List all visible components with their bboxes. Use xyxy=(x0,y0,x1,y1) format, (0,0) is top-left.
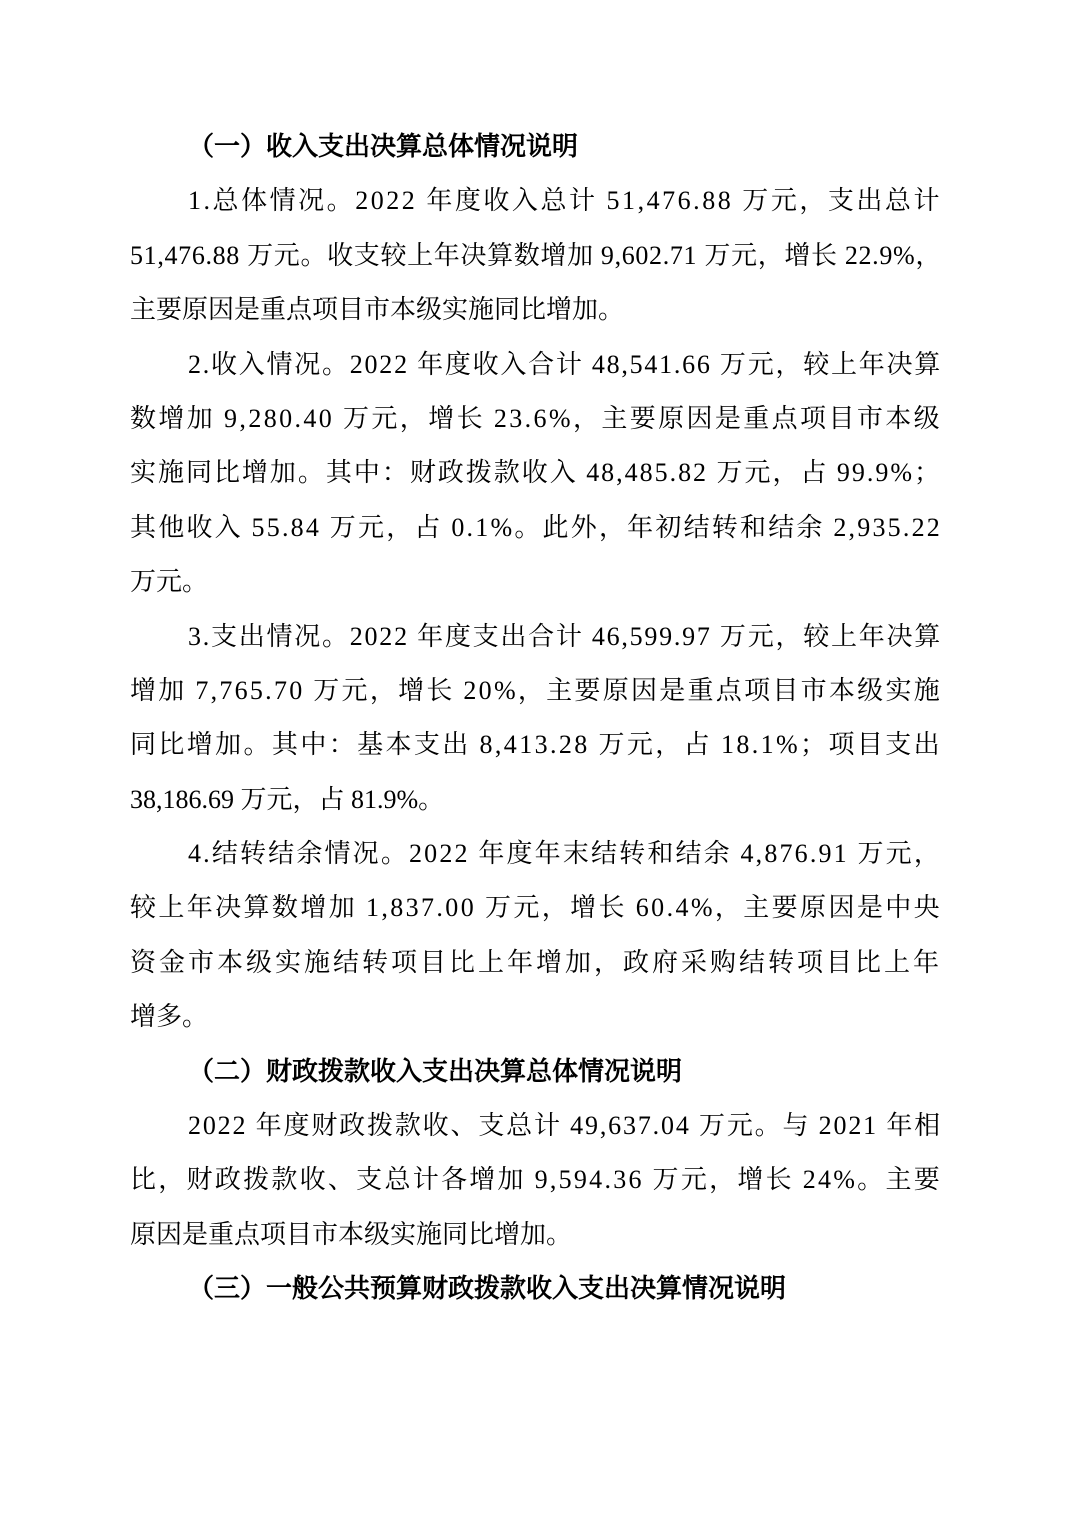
section-heading: （三）一般公共预算财政拨款收入支出决算情况说明 xyxy=(130,1262,942,1316)
text-run: （二）财政拨款收入支出决算总体情况说明 xyxy=(188,1057,682,1086)
paragraph-line: 2022 年度财政拨款收、支总计 49,637.04 万元。与 2021 年相 xyxy=(130,1099,942,1153)
paragraph-line: 数增加 9,280.40 万元，增长 23.6%，主要原因是重点项目市本级 xyxy=(130,392,942,446)
text-run: 增加 7,765.70 万元，增长 20%，主要原因是重点项目市本级实施 xyxy=(130,676,942,705)
paragraph-line: 实施同比增加。其中：财政拨款收入 48,485.82 万元，占 99.9%； xyxy=(130,446,942,500)
text-run: 51,476.88 万元。收支较上年决算数增加 9,602.71 万元，增长 2… xyxy=(130,241,942,270)
text-run: 38,186.69 万元，占 81.9%。 xyxy=(130,785,444,814)
text-run: 比，财政拨款收、支总计各增加 9,594.36 万元，增长 24%。主要 xyxy=(130,1165,942,1194)
text-run: 实施同比增加。其中：财政拨款收入 48,485.82 万元，占 99.9%； xyxy=(130,458,942,487)
text-run: （三）一般公共预算财政拨款收入支出决算情况说明 xyxy=(188,1274,786,1303)
document-page: （一）收入支出决算总体情况说明1.总体情况。2022 年度收入总计 51,476… xyxy=(130,120,942,1317)
text-run: 2.收入情况。2022 年度收入合计 48,541.66 万元，较上年决算 xyxy=(188,350,942,379)
text-run: 较上年决算数增加 1,837.00 万元，增长 60.4%，主要原因是中央 xyxy=(130,893,942,922)
paragraph-line: 增多。 xyxy=(130,990,942,1044)
text-run: 同比增加。其中：基本支出 8,413.28 万元，占 18.1%；项目支出 xyxy=(130,730,942,759)
paragraph-line: 原因是重点项目市本级实施同比增加。 xyxy=(130,1208,942,1262)
paragraph-line: 3.支出情况。2022 年度支出合计 46,599.97 万元，较上年决算 xyxy=(130,610,942,664)
paragraph-line: 38,186.69 万元，占 81.9%。 xyxy=(130,773,942,827)
text-run: 4.结转结余情况。2022 年度年末结转和结余 4,876.91 万元， xyxy=(188,839,942,868)
text-run: 其他收入 55.84 万元，占 0.1%。此外，年初结转和结余 2,935.22 xyxy=(130,513,942,542)
paragraph-line: 51,476.88 万元。收支较上年决算数增加 9,602.71 万元，增长 2… xyxy=(130,229,942,283)
section-heading: （二）财政拨款收入支出决算总体情况说明 xyxy=(130,1045,942,1099)
paragraph-line: 万元。 xyxy=(130,555,942,609)
text-run: 2022 年度财政拨款收、支总计 49,637.04 万元。与 2021 年相 xyxy=(188,1111,942,1140)
paragraph-line: 比，财政拨款收、支总计各增加 9,594.36 万元，增长 24%。主要 xyxy=(130,1153,942,1207)
text-run: 万元。 xyxy=(130,567,208,596)
paragraph-line: 1.总体情况。2022 年度收入总计 51,476.88 万元，支出总计 xyxy=(130,174,942,228)
paragraph-line: 增加 7,765.70 万元，增长 20%，主要原因是重点项目市本级实施 xyxy=(130,664,942,718)
text-run: 数增加 9,280.40 万元，增长 23.6%，主要原因是重点项目市本级 xyxy=(130,404,942,433)
text-run: 资金市本级实施结转项目比上年增加，政府采购结转项目比上年 xyxy=(130,948,942,977)
text-run: 1.总体情况。2022 年度收入总计 51,476.88 万元，支出总计 xyxy=(188,186,942,215)
section-heading: （一）收入支出决算总体情况说明 xyxy=(130,120,942,174)
paragraph-line: 其他收入 55.84 万元，占 0.1%。此外，年初结转和结余 2,935.22 xyxy=(130,501,942,555)
paragraph-line: 4.结转结余情况。2022 年度年末结转和结余 4,876.91 万元， xyxy=(130,827,942,881)
text-run: 主要原因是重点项目市本级实施同比增加。 xyxy=(130,295,624,324)
paragraph-line: 主要原因是重点项目市本级实施同比增加。 xyxy=(130,283,942,337)
paragraph-line: 2.收入情况。2022 年度收入合计 48,541.66 万元，较上年决算 xyxy=(130,338,942,392)
paragraph-line: 同比增加。其中：基本支出 8,413.28 万元，占 18.1%；项目支出 xyxy=(130,718,942,772)
text-run: 原因是重点项目市本级实施同比增加。 xyxy=(130,1220,572,1249)
text-run: 增多。 xyxy=(130,1002,208,1031)
document-body: （一）收入支出决算总体情况说明1.总体情况。2022 年度收入总计 51,476… xyxy=(130,120,942,1317)
paragraph-line: 较上年决算数增加 1,837.00 万元，增长 60.4%，主要原因是中央 xyxy=(130,881,942,935)
paragraph-line: 资金市本级实施结转项目比上年增加，政府采购结转项目比上年 xyxy=(130,936,942,990)
text-run: 3.支出情况。2022 年度支出合计 46,599.97 万元，较上年决算 xyxy=(188,622,942,651)
text-run: （一）收入支出决算总体情况说明 xyxy=(188,132,578,161)
